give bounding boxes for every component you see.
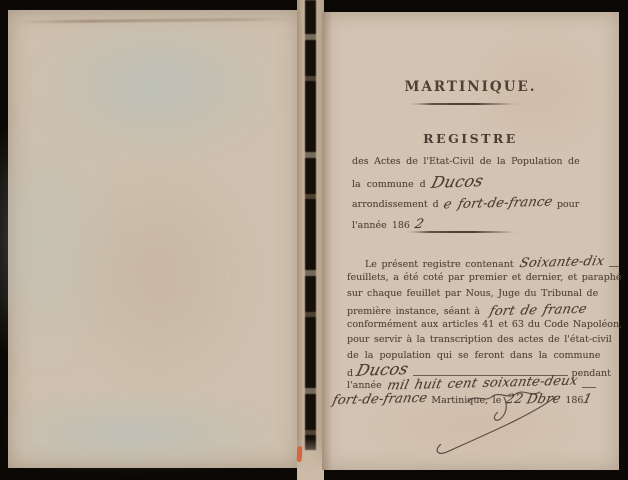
body-line-5: conformément aux articles 41 et 63 du Co…: [347, 319, 622, 330]
paper-stain: [13, 395, 273, 465]
paper-stain: [63, 160, 253, 390]
body-line-3: sur chaque feuillet par Nous, Juge du Tr…: [347, 288, 598, 299]
book-binding: [297, 0, 324, 480]
scanned-register-spread: MARTINIQUE. REGISTRE des Actes de l'Etat…: [0, 0, 628, 480]
feuillets-count-handwritten: Soixante-dix: [518, 254, 606, 271]
body-line-2: feuillets, a été coté par premier et der…: [347, 272, 622, 283]
binding-dark-strip: [305, 0, 316, 450]
register-title: REGISTRE: [322, 131, 619, 146]
register-title-page: MARTINIQUE. REGISTRE des Actes de l'Etat…: [322, 12, 619, 470]
annee-line: l'année 186 2: [352, 217, 423, 232]
body-line-1-printed: Le présent registre contenant: [365, 259, 514, 270]
arrondissement-suffix: pour: [557, 199, 579, 210]
paper-stain: [0, 105, 123, 375]
paper-crease: [16, 18, 292, 24]
decorative-rule: [408, 103, 520, 105]
body-line-1: Le présent registre contenant Soixante-d…: [365, 255, 613, 270]
red-ink-mark: [297, 446, 303, 462]
paper-stain: [33, 25, 278, 160]
seat-city-handwritten: fort de france: [488, 302, 588, 320]
annee-handwritten-digit: 2: [413, 217, 425, 232]
body-line-9-printed: l'année: [347, 380, 382, 391]
arrondissement-handwritten: e fort-de-france: [442, 195, 554, 213]
annee-label: l'année 186: [352, 220, 410, 231]
commune-line: la commune d Ducos: [352, 172, 483, 191]
left-blank-page: [8, 10, 300, 468]
decorative-rule: [405, 231, 519, 233]
arrondissement-line: arrondissement d e fort-de-france pour: [352, 196, 579, 211]
body-line-4: première instance, séant à fort de franc…: [347, 303, 586, 318]
ruled-fill-line: [609, 266, 619, 267]
place-handwritten: fort-de-france: [331, 391, 429, 408]
signature-scrawl: [416, 381, 609, 473]
commune-handwritten: Ducos: [429, 171, 485, 192]
body-line-6: pour servir à la transcription des actes…: [347, 334, 612, 345]
region-heading: MARTINIQUE.: [322, 79, 619, 95]
body-line-4-printed: première instance, séant à: [347, 306, 480, 317]
commune-label: la commune d: [352, 179, 426, 190]
subtitle-actes: des Actes de l'Etat-Civil de la Populati…: [352, 156, 580, 167]
arrondissement-label: arrondissement d: [352, 199, 439, 210]
